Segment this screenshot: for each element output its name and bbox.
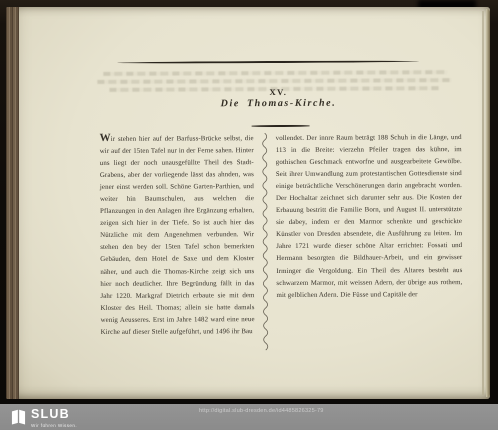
page-title: Die Thomas-Kirche. xyxy=(95,97,461,110)
two-column-text-block: Wir stehen hier auf der Barfuss-Brücke s… xyxy=(100,132,463,354)
page-stack-edge xyxy=(486,9,490,397)
top-horizontal-rule xyxy=(117,60,419,64)
chapter-number: XV. xyxy=(95,86,461,98)
text-column-left: Wir stehen hier auf der Barfuss-Brücke s… xyxy=(100,133,255,339)
open-book-icon xyxy=(11,408,26,426)
slub-logo-text: SLUB Wir führen Wissen. xyxy=(31,408,77,428)
ink-bleedthrough-line xyxy=(97,78,451,84)
column-divider xyxy=(254,133,277,353)
document-url-watermark: http://digital.slub-dresden.de/id4485826… xyxy=(199,408,324,414)
page-crease xyxy=(482,11,484,395)
book-binding-edge xyxy=(6,7,19,399)
scan-viewer: XV. Die Thomas-Kirche. Wir stehen hier a… xyxy=(0,0,498,430)
slub-logo: SLUB Wir führen Wissen. xyxy=(11,408,77,428)
title-divider-rule xyxy=(252,125,310,127)
brand-name: SLUB xyxy=(31,408,77,421)
squiggle-divider-line xyxy=(260,133,271,353)
ink-bleedthrough-line xyxy=(103,70,447,76)
printed-page-content: XV. Die Thomas-Kirche. Wir stehen hier a… xyxy=(95,44,463,366)
viewer-footer-bar: SLUB Wir führen Wissen. http://digital.s… xyxy=(0,404,498,430)
book-page: XV. Die Thomas-Kirche. Wir stehen hier a… xyxy=(6,7,490,399)
text-column-right: vollendet. Der innre Raum beträgt 188 Sc… xyxy=(276,132,463,302)
brand-tagline: Wir führen Wissen. xyxy=(31,423,77,428)
